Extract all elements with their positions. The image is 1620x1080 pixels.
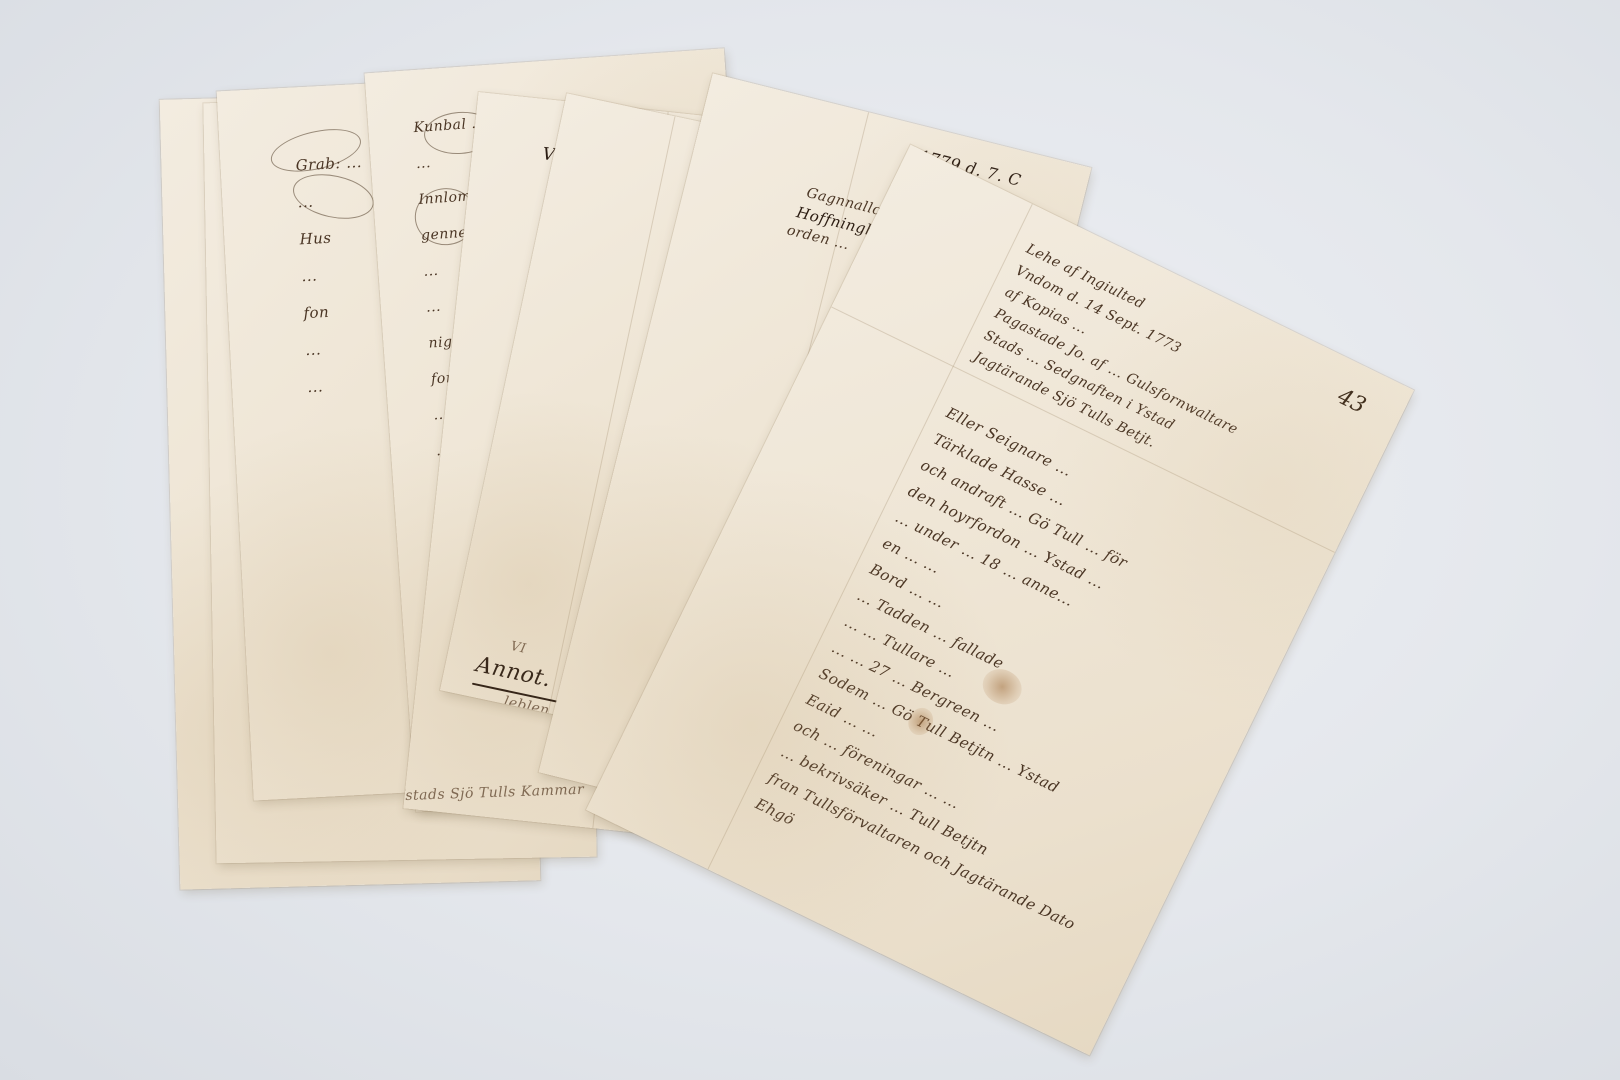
page-number: 43 xyxy=(1334,384,1370,419)
roman-numeral-label: VI xyxy=(509,639,527,657)
sheet-grab-text: Grab: ... ... Hus ... fon ... ... xyxy=(295,144,375,406)
sheet-febr-footer: Ocl Ystads Sjö Tulls Kammar xyxy=(403,782,584,806)
manuscript-photo: Grab: ... ... Hus ... fon ... ... Kunbal… xyxy=(0,0,1620,1080)
